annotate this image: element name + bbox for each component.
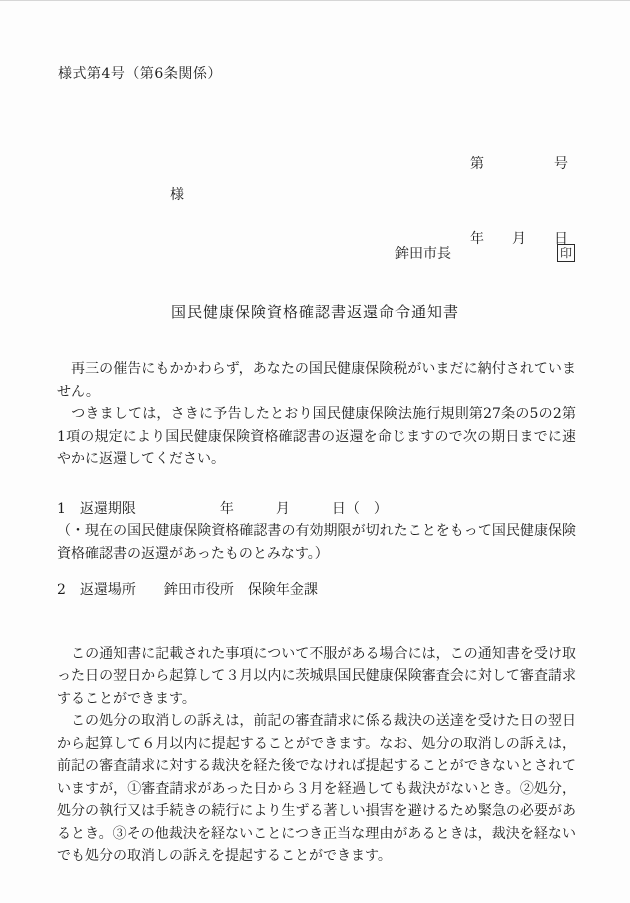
sender-row: 鉾田市長 印: [395, 243, 575, 263]
document-body: 再三の催告にもかかわらず，あなたの国民健康保険税がいまだに納付されていません。 …: [57, 358, 576, 868]
paragraph-overdue-notice: 再三の催告にもかかわらず，あなたの国民健康保険税がいまだに納付されていません。: [57, 358, 576, 403]
document-page: 様式第4号（第6条関係） 第 号 年 月 日 様 鉾田市長 印 国民健康保険資格…: [0, 0, 630, 903]
item-return-deadline: 1 返還期限 年 月 日（ ）: [57, 498, 576, 521]
seal-stamp-box: 印: [557, 244, 575, 262]
document-title: 国民健康保険資格確認書返還命令通知書: [0, 301, 630, 322]
addressee-honorific: 様: [170, 184, 184, 204]
document-number-date-block: 第 号 年 月 日: [470, 102, 568, 302]
paragraph-appeal-request: この通知書に記載された事項について不服がある場合には，この通知書を受け取った日の…: [57, 643, 576, 711]
paragraph-return-order: つきましては，さきに予告したとおり国民健康保険法施行規則第27条の5の2第1項の…: [57, 403, 576, 471]
sender-name: 鉾田市長: [395, 243, 451, 263]
document-number-line: 第 号: [470, 152, 568, 177]
item-return-place: 2 返還場所 鉾田市役所 保険年金課: [57, 579, 576, 602]
paragraph-lawsuit-conditions: この処分の取消しの訴えは，前記の審査請求に係る裁決の送達を受けた日の翌日から起算…: [57, 710, 576, 868]
form-number-label: 様式第4号（第6条関係）: [58, 63, 222, 83]
item-return-deadline-note: （・現在の国民健康保険資格確認書の有効期限が切れたことをもって国民健康保険資格確…: [57, 520, 576, 565]
